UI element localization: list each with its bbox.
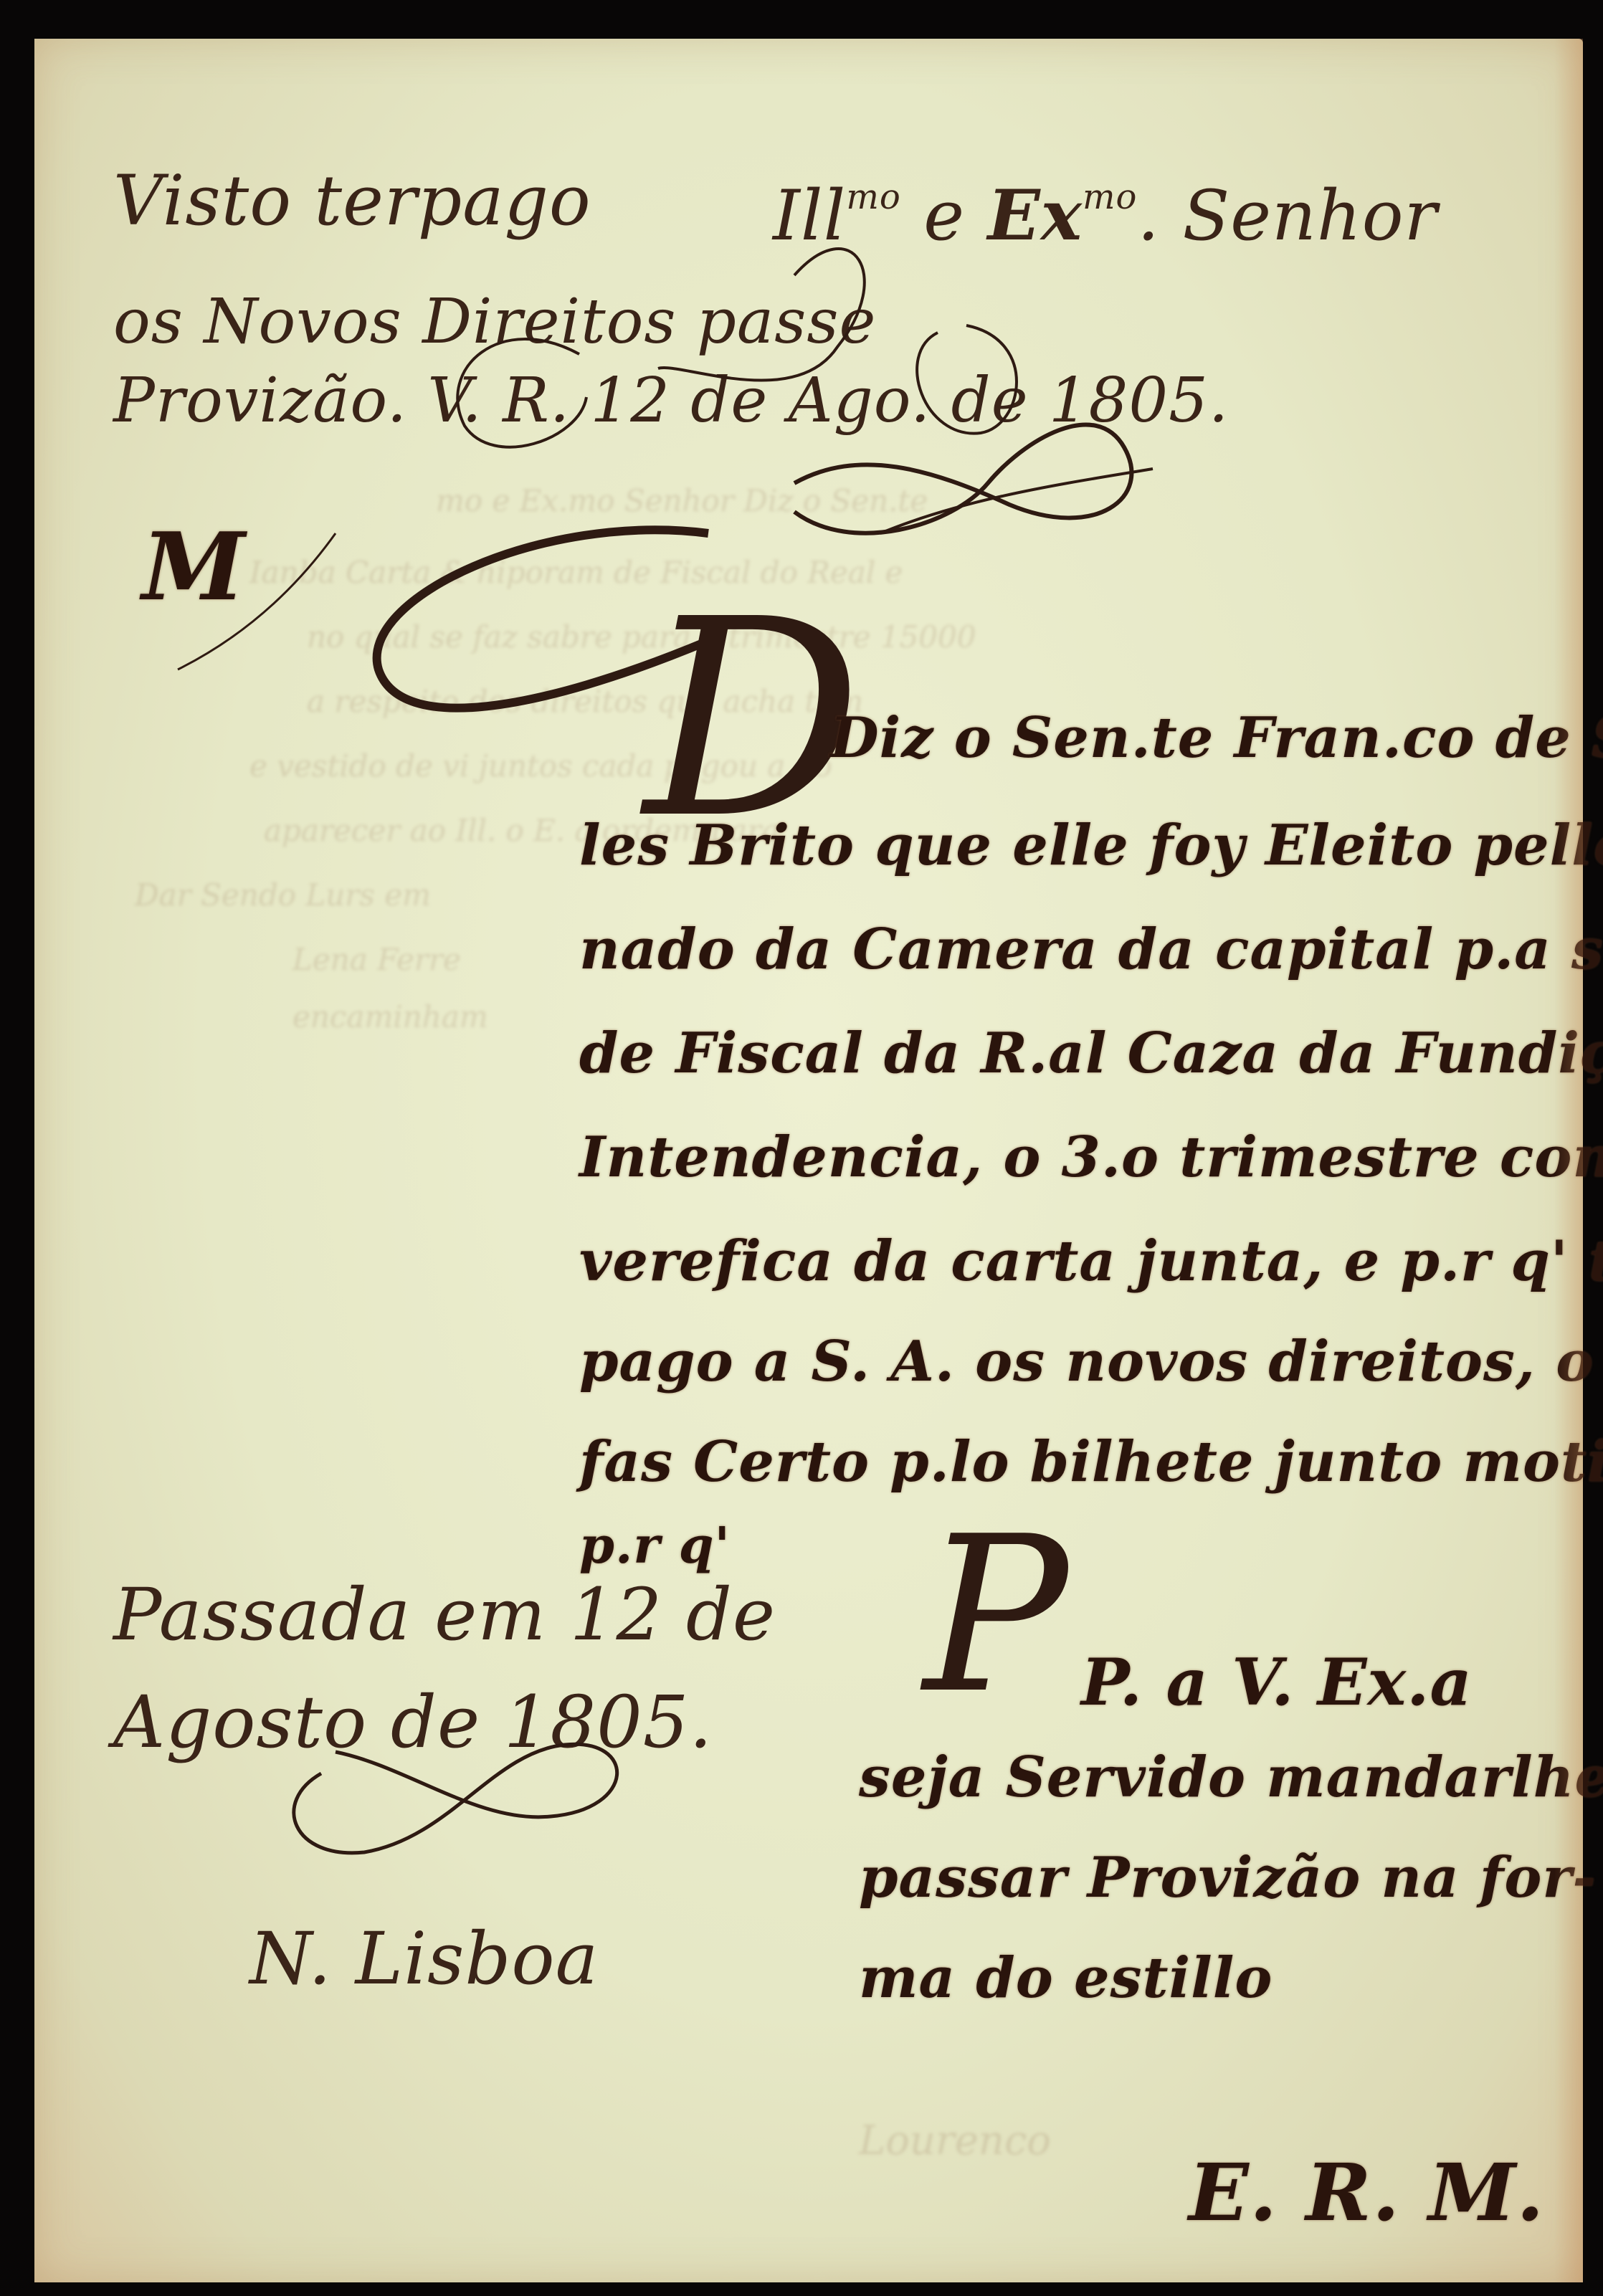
manuscript-page: mo e Ex.mo Senhor Diz o Sen.te Ianba Car… [34, 39, 1583, 2282]
passed-note-line: Passada em 12 de [113, 1573, 776, 1657]
body-line: verefica da carta junta, e p.r q' tem [579, 1229, 1603, 1294]
closing-line: ma do estillo [859, 1945, 1273, 2011]
body-line: les Brito que elle foy Eleito pello Se [579, 813, 1603, 878]
bleed-through-line: Lena Ferre [292, 942, 461, 977]
bleed-through-line: Lourenco [859, 2118, 1051, 2164]
closing-line: P. a V. Ex.a [1081, 1644, 1473, 1720]
closing-line: passar Provizão na for- [859, 1845, 1597, 1910]
body-line: nado da Camera da capital p.a servir [579, 917, 1603, 982]
closing-initial: P [923, 1508, 1068, 1723]
body-line: p.r q' [579, 1515, 731, 1575]
passed-note-signature: N. Lisboa [249, 1917, 599, 2001]
bleed-through-line: Dar Sendo Lurs em [135, 877, 431, 913]
initials-mark: M [142, 512, 246, 621]
body-line: Diz o Sen.te Fran.co de Sal [830, 705, 1603, 771]
body-line: de Fiscal da R.al Caza da Fundição, e [579, 1021, 1603, 1086]
passed-note-flourish [178, 1723, 751, 1938]
closing-line: seja Servido mandarlhe [859, 1745, 1603, 1810]
body-line: fas Certo p.lo bilhete junto motivo [579, 1429, 1603, 1495]
body-line: pago a S. A. os novos direitos, o que [579, 1329, 1603, 1394]
bleed-through-line: encaminham [292, 999, 488, 1034]
signoff: E. R. M. [1189, 2146, 1545, 2239]
body-line: Intendencia, o 3.o trimestre como se [579, 1125, 1603, 1190]
